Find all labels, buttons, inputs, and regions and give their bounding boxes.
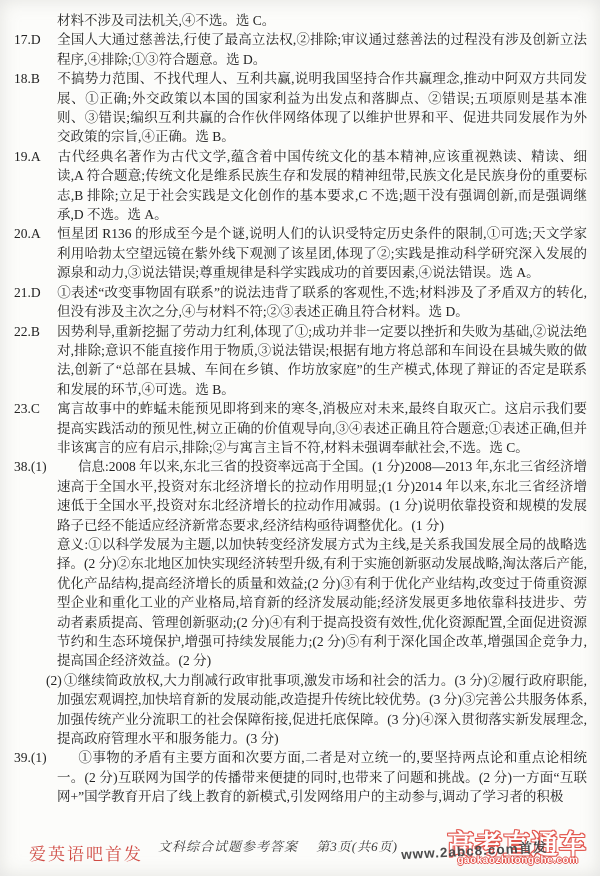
- answer-text: 恒星团 R136 的形成至今是个谜,说明人们的认识受特定历史条件的限制,①可选;…: [57, 226, 587, 280]
- answer-text: 全国人大通过慈善法,行使了最高立法权,②排除;审议通过慈善法的过程没有涉及创新立…: [57, 32, 587, 66]
- answer-number: 18.B: [14, 69, 57, 88]
- answer-text: 寓言故事中的蚱蜢未能预见即将到来的寒冬,消极应对未来,最终自取灭亡。这启示我们要…: [57, 401, 587, 455]
- footer-page-info: 第3页(共6页): [316, 839, 398, 854]
- answer-paragraph: 20.A恒星团 R136 的形成至今是个谜,说明人们的认识受特定历史条件的限制,…: [0, 224, 587, 282]
- answer-paragraph: 17.D全国人大通过慈善法,行使了最高立法权,②排除;审议通过慈善法的过程没有涉…: [0, 30, 587, 69]
- answer-text: ①继续简政放权,大力削减行政审批事项,激发市场和社会的活力。(3 分)②履行政府…: [57, 673, 587, 746]
- answer-number: 23.C: [14, 399, 57, 418]
- right-watermark: 高考直通车 www.2abc8.com首发 gaokaozhitongche.c…: [433, 823, 597, 869]
- answer-text: 不搞势力范围、不找代理人、互利共赢,说明我国坚持合作共赢理念,推动中阿双方共同发…: [57, 71, 587, 144]
- answer-paragraph: 19.A古代经典名著作为古代文学,蕴含着中国传统文化的基本精神,应该重视熟读、精…: [0, 147, 587, 225]
- answer-text: ①表述“改变事物固有联系”的说法违背了联系的客观性,不选;材料涉及了矛盾双方的转…: [57, 285, 587, 319]
- answer-text: 材料不涉及司法机关,④不选。选 C。: [57, 13, 275, 28]
- answer-paragraph: (2)①继续简政放权,大力削减行政审批事项,激发市场和社会的活力。(3 分)②履…: [0, 671, 587, 749]
- answer-text: 信息:2008 年以来,东北三省的投资率远高于全国。(1 分)2008—2013…: [57, 459, 587, 532]
- answer-number: (2): [46, 671, 62, 690]
- answer-paragraph: 21.D①表述“改变事物固有联系”的说法违背了联系的客观性,不选;材料涉及了矛盾…: [0, 283, 587, 322]
- answer-list: 材料不涉及司法机关,④不选。选 C。17.D全国人大通过慈善法,行使了最高立法权…: [0, 11, 587, 807]
- answer-paragraph: 意义:①以科学发展为主题,以加快转变经济发展方式为主线,是关系我国发展全局的战略…: [0, 535, 587, 671]
- answer-number: 17.D: [14, 30, 57, 49]
- right-watermark-url-small: gaokaozhitongche.com: [443, 855, 593, 866]
- answer-paragraph: 22.B因势利导,重新挖掘了劳动力红利,体现了①;成功并非一定要以挫折和失败为基…: [0, 322, 587, 400]
- left-watermark: 爱英语吧首发: [29, 840, 143, 865]
- answer-paragraph: 23.C寓言故事中的蚱蜢未能预见即将到来的寒冬,消极应对未来,最终自取灭亡。这启…: [0, 399, 587, 457]
- answer-number: 22.B: [14, 322, 57, 341]
- answer-paragraph: 39.(1)①事物的矛盾有主要方面和次要方面,二者是对立统一的,要坚持两点论和重…: [0, 748, 587, 806]
- footer: 文科综合试题参考答案 第3页(共6页): [158, 836, 398, 855]
- answer-number: 39.(1): [14, 748, 78, 767]
- answer-text: 意义:①以科学发展为主题,以加快转变经济发展方式为主线,是关系我国发展全局的战略…: [57, 537, 587, 668]
- answer-paragraph: 38.(1)信息:2008 年以来,东北三省的投资率远高于全国。(1 分)200…: [0, 457, 587, 535]
- answer-number: 38.(1): [14, 457, 78, 476]
- answer-paragraph: 18.B不搞势力范围、不找代理人、互利共赢,说明我国坚持合作共赢理念,推动中阿双…: [0, 69, 587, 147]
- answer-text: ①事物的矛盾有主要方面和次要方面,二者是对立统一的,要坚持两点论和重点论相统一。…: [57, 750, 587, 804]
- answer-paragraph: 材料不涉及司法机关,④不选。选 C。: [0, 11, 587, 30]
- answer-text: 因势利导,重新挖掘了劳动力红利,体现了①;成功并非一定要以挫折和失败为基础,②说…: [57, 324, 587, 397]
- scanned-answer-sheet-page: 材料不涉及司法机关,④不选。选 C。17.D全国人大通过慈善法,行使了最高立法权…: [0, 0, 600, 876]
- answer-text: 古代经典名著作为古代文学,蕴含着中国传统文化的基本精神,应该重视熟读、精读、细读…: [57, 149, 587, 222]
- answer-number: 21.D: [14, 283, 57, 302]
- answer-number: 20.A: [14, 224, 57, 243]
- footer-doc-title: 文科综合试题参考答案: [158, 839, 298, 854]
- answer-number: 19.A: [14, 147, 57, 166]
